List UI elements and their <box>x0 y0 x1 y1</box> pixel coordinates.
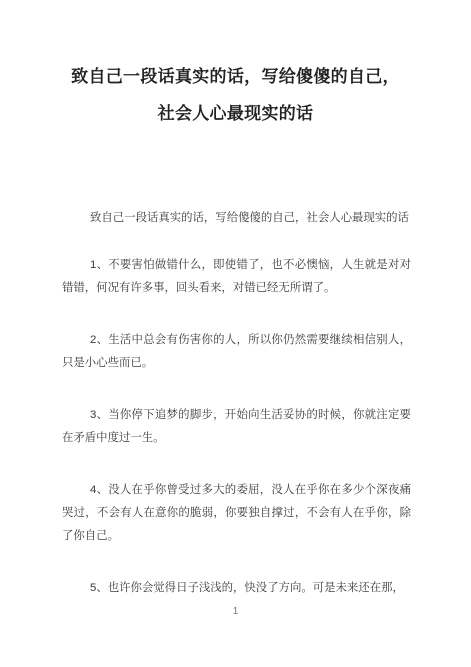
paragraph-3: 3、当你停下追梦的脚步，开始向生活妥协的时候，你就注定要在矛盾中度过一生。 <box>62 404 411 450</box>
paragraph-4: 4、没人在乎你曾受过多大的委屈，没人在乎你在多少个深夜痛哭过，不会有人在意你的脆… <box>62 479 411 548</box>
document-title: 致自己一段话真实的话，写给傻傻的自己， 社会人心最现实的话 <box>0 58 471 132</box>
document-page: 致自己一段话真实的话，写给傻傻的自己， 社会人心最现实的话 致自己一段话真实的话… <box>0 0 471 667</box>
subtitle-line: 致自己一段话真实的话，写给傻傻的自己，社会人心最现实的话 <box>62 207 411 230</box>
paragraph-2: 2、生活中总会有伤害你的人，所以你仍然需要继续相信别人，只是小心些而已。 <box>62 329 411 375</box>
page-number: 1 <box>0 606 471 618</box>
title-line-2: 社会人心最现实的话 <box>0 95 471 132</box>
paragraph-5: 5、也许你会觉得日子浅浅的，快没了方向。可是未来还在那， <box>62 577 411 600</box>
title-line-1: 致自己一段话真实的话，写给傻傻的自己， <box>0 58 471 95</box>
document-body: 致自己一段话真实的话，写给傻傻的自己，社会人心最现实的话 1、不要害怕做错什么，… <box>62 207 411 600</box>
paragraph-1: 1、不要害怕做错什么，即使错了，也不必懊恼，人生就是对对错错，何况有许多事，回头… <box>62 254 411 300</box>
